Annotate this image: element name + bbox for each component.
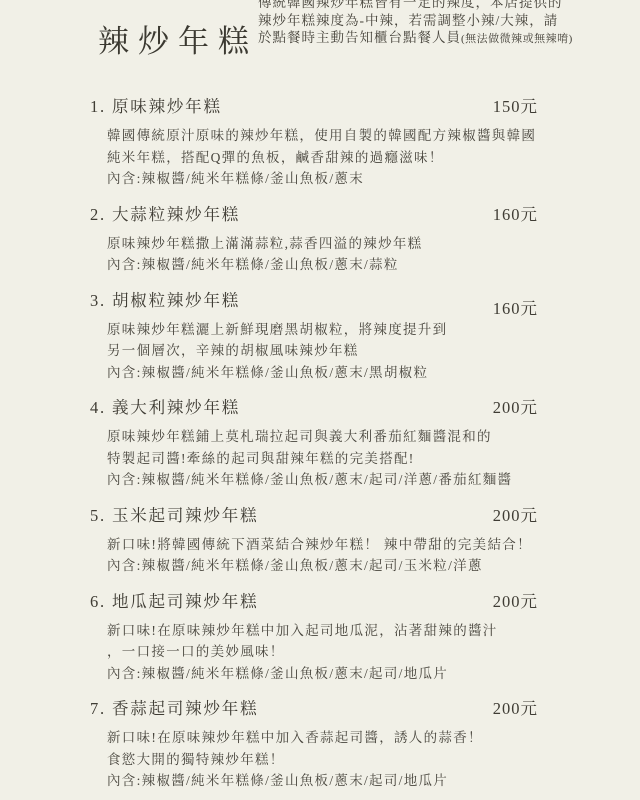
item-heading: 4.義大利辣炒年糕 200元 (90, 399, 538, 417)
item-number: 6. (90, 592, 106, 611)
menu-section: 1.原味辣炒年糕 150元 韓國傳統原汁原味的辣炒年糕，使用自製的韓國配方辣椒醬… (0, 98, 538, 792)
item-description-line: 純米年糕，搭配Q彈的魚板，鹹香甜辣的過癮滋味！ (107, 147, 538, 169)
item-name: 1.原味辣炒年糕 (90, 98, 222, 116)
spice-note-line-2: 辣炒年糕辣度為-中辣，若需調整小辣/大辣，請 (258, 12, 640, 30)
item-body: 原味辣炒年糕灑上新鮮現磨黑胡椒粒，將辣度提升到 另一個層次，辛辣的胡椒風味辣炒年… (90, 319, 538, 384)
item-description-line: 食慾大開的獨特辣炒年糕！ (107, 749, 538, 771)
item-description-line: ，一口接一口的美妙風味！ (107, 641, 538, 663)
item-price: 200元 (493, 399, 538, 417)
spice-note-line-3-text: 於點餐時主動告知櫃台點餐人員 (258, 30, 461, 45)
item-name-text: 胡椒粒辣炒年糕 (112, 291, 240, 310)
item-description-line: 新口味!在原味辣炒年糕中加入香蒜起司醬，誘人的蒜香！ (107, 727, 538, 749)
menu-item-4: 4.義大利辣炒年糕 200元 原味辣炒年糕鋪上莫札瑞拉起司與義大利番茄紅麵醬混和… (90, 399, 538, 491)
menu-item-1: 1.原味辣炒年糕 150元 韓國傳統原汁原味的辣炒年糕，使用自製的韓國配方辣椒醬… (90, 98, 538, 190)
item-description-line: 特製起司醬!牽絲的起司與甜辣年糕的完美搭配! (107, 448, 538, 470)
menu-item-6: 6.地瓜起司辣炒年糕 200元 新口味!在原味辣炒年糕中加入起司地瓜泥，沾著甜辣… (90, 593, 538, 685)
menu-header: 辣炒年糕 傳統韓國辣炒年糕皆有一定的辣度，本店提供的 辣炒年糕辣度為-中辣，若需… (0, 0, 640, 64)
item-name-text: 大蒜粒辣炒年糕 (112, 205, 240, 224)
item-price: 200元 (493, 507, 538, 525)
item-heading: 2.大蒜粒辣炒年糕 160元 (90, 206, 538, 224)
item-heading: 5.玉米起司辣炒年糕 200元 (90, 507, 538, 525)
item-name-text: 地瓜起司辣炒年糕 (112, 592, 258, 611)
item-number: 2. (90, 205, 106, 224)
item-description-line: 韓國傳統原汁原味的辣炒年糕，使用自製的韓國配方辣椒醬與韓國 (107, 125, 538, 147)
item-ingredients: 內含:辣椒醬/純米年糕條/釜山魚板/蔥末/起司/地瓜片 (107, 770, 538, 792)
item-description-line: 原味辣炒年糕撒上滿滿蒜粒,蒜香四溢的辣炒年糕 (107, 233, 538, 255)
item-name-text: 玉米起司辣炒年糕 (112, 506, 258, 525)
item-body: 新口味!在原味辣炒年糕中加入香蒜起司醬，誘人的蒜香！ 食慾大開的獨特辣炒年糕！ … (90, 727, 538, 792)
item-heading: 3.胡椒粒辣炒年糕 160元 (90, 292, 538, 310)
spice-note-parenthetical: (無法做微辣或無辣唷) (461, 33, 573, 45)
page-title: 辣炒年糕 (98, 16, 258, 61)
item-number: 3. (90, 291, 106, 310)
item-price: 160元 (493, 300, 538, 318)
item-description-line: 原味辣炒年糕灑上新鮮現磨黑胡椒粒，將辣度提升到 (107, 319, 538, 341)
item-body: 原味辣炒年糕撒上滿滿蒜粒,蒜香四溢的辣炒年糕 內含:辣椒醬/純米年糕條/釜山魚板… (90, 233, 538, 276)
item-price: 160元 (493, 206, 538, 224)
item-name-text: 原味辣炒年糕 (112, 97, 222, 116)
item-ingredients: 內含:辣椒醬/純米年糕條/釜山魚板/蔥末 (107, 168, 538, 190)
item-description-line: 新口味!將韓國傳統下酒菜結合辣炒年糕！ 辣中帶甜的完美結合！ (107, 534, 538, 556)
item-ingredients: 內含:辣椒醬/純米年糕條/釜山魚板/蔥末/黑胡椒粒 (107, 362, 538, 384)
item-name-text: 義大利辣炒年糕 (112, 398, 240, 417)
item-name-text: 香蒜起司辣炒年糕 (112, 699, 258, 718)
item-body: 新口味!在原味辣炒年糕中加入起司地瓜泥，沾著甜辣的醬汁 ，一口接一口的美妙風味！… (90, 620, 538, 685)
item-body: 新口味!將韓國傳統下酒菜結合辣炒年糕！ 辣中帶甜的完美結合！ 內含:辣椒醬/純米… (90, 534, 538, 577)
spice-note-line-3: 於點餐時主動告知櫃台點餐人員(無法做微辣或無辣唷) (258, 29, 640, 49)
menu-item-2: 2.大蒜粒辣炒年糕 160元 原味辣炒年糕撒上滿滿蒜粒,蒜香四溢的辣炒年糕 內含… (90, 206, 538, 276)
item-number: 5. (90, 506, 106, 525)
item-heading: 6.地瓜起司辣炒年糕 200元 (90, 593, 538, 611)
item-ingredients: 內含:辣椒醬/純米年糕條/釜山魚板/蔥末/起司/玉米粒/洋蔥 (107, 555, 538, 577)
item-ingredients: 內含:辣椒醬/純米年糕條/釜山魚板/蔥末/起司/地瓜片 (107, 663, 538, 685)
item-description-line: 新口味!在原味辣炒年糕中加入起司地瓜泥，沾著甜辣的醬汁 (107, 620, 538, 642)
menu-item-7: 7.香蒜起司辣炒年糕 200元 新口味!在原味辣炒年糕中加入香蒜起司醬，誘人的蒜… (90, 700, 538, 792)
item-number: 7. (90, 699, 106, 718)
item-name: 4.義大利辣炒年糕 (90, 399, 240, 417)
item-name: 3.胡椒粒辣炒年糕 (90, 292, 240, 310)
menu-page: 辣炒年糕 傳統韓國辣炒年糕皆有一定的辣度，本店提供的 辣炒年糕辣度為-中辣，若需… (0, 0, 640, 800)
item-ingredients: 內含:辣椒醬/純米年糕條/釜山魚板/蔥末/起司/洋蔥/番茄紅麵醬 (107, 469, 538, 491)
menu-item-5: 5.玉米起司辣炒年糕 200元 新口味!將韓國傳統下酒菜結合辣炒年糕！ 辣中帶甜… (90, 507, 538, 577)
item-number: 1. (90, 97, 106, 116)
spice-level-note: 傳統韓國辣炒年糕皆有一定的辣度，本店提供的 辣炒年糕辣度為-中辣，若需調整小辣/… (258, 0, 640, 49)
menu-item-3: 3.胡椒粒辣炒年糕 160元 原味辣炒年糕灑上新鮮現磨黑胡椒粒，將辣度提升到 另… (90, 292, 538, 384)
item-heading: 7.香蒜起司辣炒年糕 200元 (90, 700, 538, 718)
item-description-line: 另一個層次，辛辣的胡椒風味辣炒年糕 (107, 340, 538, 362)
item-body: 韓國傳統原汁原味的辣炒年糕，使用自製的韓國配方辣椒醬與韓國 純米年糕，搭配Q彈的… (90, 125, 538, 190)
item-description-line: 原味辣炒年糕鋪上莫札瑞拉起司與義大利番茄紅麵醬混和的 (107, 426, 538, 448)
item-name: 5.玉米起司辣炒年糕 (90, 507, 258, 525)
item-number: 4. (90, 398, 106, 417)
item-price: 200元 (493, 593, 538, 611)
item-price: 150元 (493, 98, 538, 116)
item-body: 原味辣炒年糕鋪上莫札瑞拉起司與義大利番茄紅麵醬混和的 特製起司醬!牽絲的起司與甜… (90, 426, 538, 491)
item-name: 7.香蒜起司辣炒年糕 (90, 700, 258, 718)
item-name: 6.地瓜起司辣炒年糕 (90, 593, 258, 611)
item-heading: 1.原味辣炒年糕 150元 (90, 98, 538, 116)
item-name: 2.大蒜粒辣炒年糕 (90, 206, 240, 224)
item-ingredients: 內含:辣椒醬/純米年糕條/釜山魚板/蔥末/蒜粒 (107, 254, 538, 276)
spice-note-line-1: 傳統韓國辣炒年糕皆有一定的辣度，本店提供的 (258, 0, 640, 12)
item-price: 200元 (493, 700, 538, 718)
